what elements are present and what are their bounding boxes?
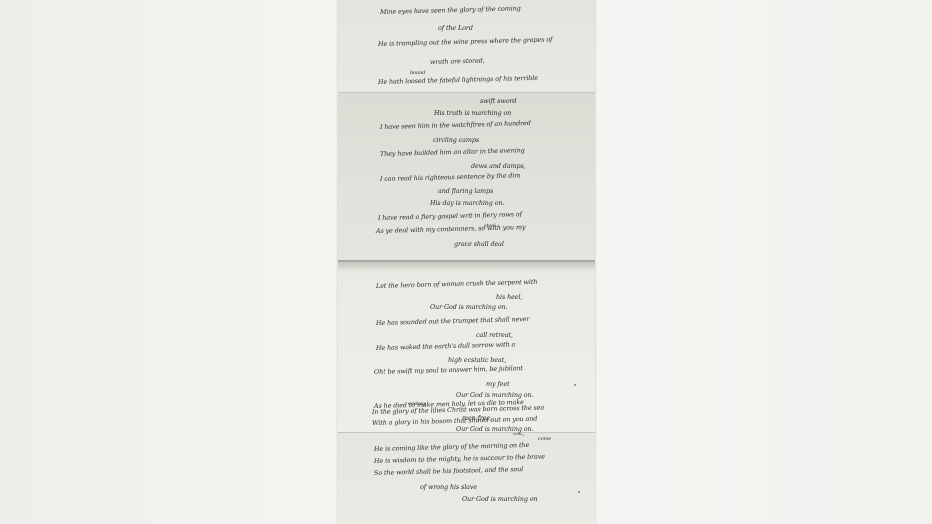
verse-line: circling camps (433, 136, 479, 144)
manuscript-fold-panel-4: me, As he died to make men holy, let us … (338, 432, 595, 524)
verse-line: Our God is marching on. (456, 425, 533, 433)
verse-line: So the world shall be his footstool, and… (374, 465, 523, 477)
verse-line: grace shall deal (454, 240, 504, 248)
verse-insertion: bound (410, 70, 425, 76)
verse-line: He hath loosed the fateful lightnings of… (378, 74, 538, 86)
verse-line: Let the hero born of woman crush the ser… (376, 278, 538, 290)
verse-line: Mine eyes have seen the glory of the com… (380, 4, 521, 16)
verse-line: and flaring lamps (438, 187, 493, 195)
verse-line: I have seen him in the watchfires of an … (380, 119, 531, 131)
verse-line: His truth is marching on (434, 109, 511, 117)
manuscript-fold-panel-1: Mine eyes have seen the glory of the com… (338, 0, 595, 92)
verse-line: Our God is marching on (462, 495, 538, 503)
verse-line: His day is marching on. (430, 199, 504, 207)
verse-line: men free, (462, 414, 492, 422)
verse-line: high ecstatic beat, (448, 356, 506, 364)
verse-line: his heel, (496, 293, 522, 301)
verse-line: He has sounded out the trumpet that shal… (376, 315, 530, 327)
verse-line: I have read a fiery gospel writ in fiery… (378, 210, 522, 222)
manuscript-fold-panel-2: swift sword His truth is marching on I h… (338, 92, 595, 261)
verse-line: As ye deal with my contemners, so with y… (376, 223, 526, 235)
verse-line: call retreat, (476, 331, 513, 339)
verse-insertion: come (538, 436, 551, 442)
ink-mark (578, 491, 580, 493)
verse-line: He is wisdom to the mighty, he is succou… (374, 453, 545, 465)
verse-line: of wrong his slave (420, 483, 477, 491)
ink-mark (574, 384, 576, 386)
verse-line: They have builded him an altar in the ev… (380, 146, 525, 158)
verse-line: swift sword (480, 97, 516, 105)
verse-line: He has waked the earth's dull sorrow wit… (376, 340, 515, 352)
verse-line: dews and damps, (471, 162, 526, 170)
verse-line: Oh! be swift my soul to answer him, be j… (374, 364, 523, 376)
verse-line: Our God is marching on. (430, 303, 507, 311)
verse-line: my feet (486, 380, 510, 388)
verse-line: He is trampling out the wine press where… (378, 35, 553, 48)
manuscript-page: Mine eyes have seen the glory of the com… (338, 0, 595, 524)
verse-line: of the Lord (438, 24, 473, 32)
verse-line: I can read his righteous sentence by the… (380, 171, 520, 183)
verse-line: wrath are stored, (430, 57, 485, 66)
verse-line: He is coming like the glory of the morni… (374, 441, 529, 453)
